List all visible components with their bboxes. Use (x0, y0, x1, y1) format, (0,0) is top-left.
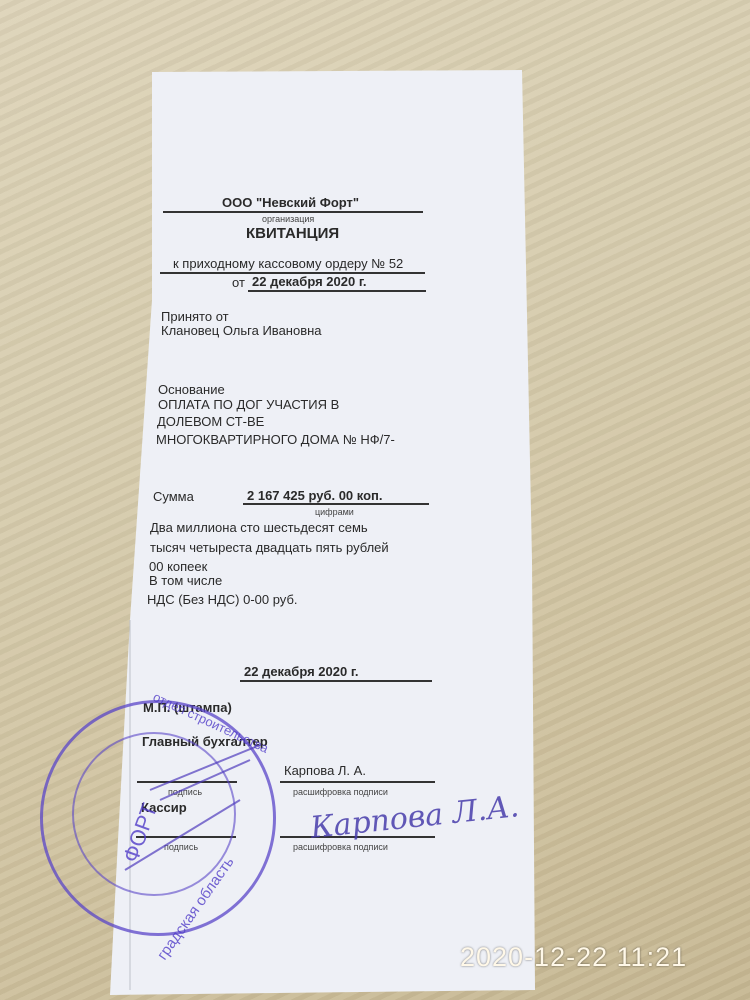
sum-words-line: 00 копеек (149, 559, 207, 574)
divider (163, 211, 423, 213)
organization-caption: организация (262, 214, 314, 224)
received-from-label: Принято от (161, 309, 229, 324)
vat-line: НДС (Без НДС) 0-00 руб. (147, 592, 298, 607)
receipt-title: КВИТАНЦИЯ (246, 225, 339, 242)
receipt-date: 22 декабря 2020 г. (252, 274, 367, 289)
basis-line: ОПЛАТА ПО ДОГ УЧАСТИЯ В (158, 397, 339, 412)
sum-value: 2 167 425 руб. 00 коп. (247, 488, 383, 503)
basis-line: МНОГОКВАРТИРНОГО ДОМА № НФ/7- (156, 432, 395, 447)
basis-label: Основание (158, 382, 225, 397)
organization-name: ООО "Невский Форт" (222, 195, 359, 210)
basis-line: ДОЛЕВОМ СТ-ВЕ (157, 414, 264, 429)
divider (248, 290, 426, 292)
order-line: к приходному кассовому ордеру № 52 (173, 256, 403, 271)
receipt-paper: ООО "Невский Форт" организация КВИТАНЦИЯ… (0, 0, 750, 1000)
chief-accountant-name: Карпова Л. А. (284, 763, 366, 778)
divider (243, 503, 429, 505)
including-label: В том числе (149, 573, 222, 588)
sum-words-line: Два миллиона сто шестьдесят семь (150, 520, 368, 535)
sum-words-line: тысяч четыреста двадцать пять рублей (150, 540, 389, 555)
received-from: Клановец Ольга Ивановна (161, 323, 322, 338)
photo-timestamp: 2020-12-22 11:21 (460, 942, 687, 973)
bottom-date: 22 декабря 2020 г. (244, 664, 359, 679)
divider (240, 680, 432, 682)
decoding-line (280, 781, 435, 783)
decoding-caption: расшифровка подписи (293, 842, 388, 852)
sum-label: Сумма (153, 489, 194, 504)
sum-caption: цифрами (315, 507, 354, 517)
decoding-caption: расшифровка подписи (293, 787, 388, 797)
date-prefix: от (232, 275, 245, 290)
